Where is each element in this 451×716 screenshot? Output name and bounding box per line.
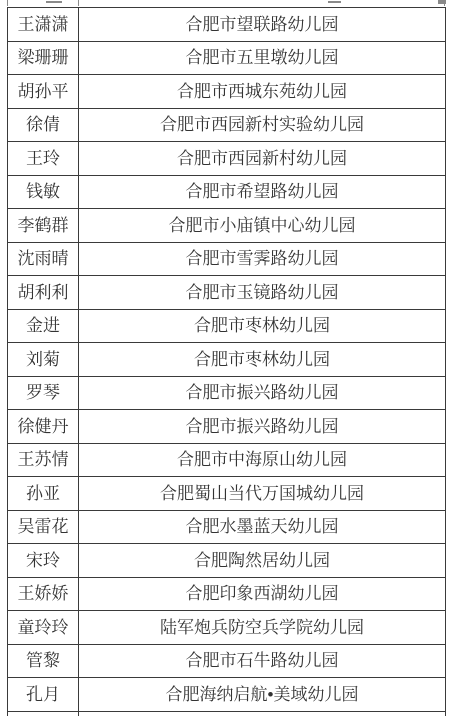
teacher-name-cell: 胡孙平 bbox=[8, 75, 79, 109]
table-row: 童玲玲陆军炮兵防空兵学院幼儿园 bbox=[8, 611, 446, 645]
teacher-name-cell: 罗琴 bbox=[8, 376, 79, 410]
table-row: 孔月合肥海纳启航•美域幼儿园 bbox=[8, 678, 446, 712]
kindergarten-cell: 合肥市西城东苑幼儿园 bbox=[79, 75, 446, 109]
kindergarten-cell: 合肥市西园新村幼儿园 bbox=[79, 142, 446, 176]
kindergarten-cell: 合肥市枣林幼儿园 bbox=[79, 343, 446, 377]
teacher-name-cell: 王潇潇 bbox=[8, 8, 79, 42]
kindergarten-cell: 合肥印象西湖幼儿园 bbox=[79, 577, 446, 611]
kindergarten-cell: 合肥陶然居幼儿园 bbox=[79, 544, 446, 578]
kindergarten-cell: 合肥市石牛路幼儿园 bbox=[79, 644, 446, 678]
clipped-text-fragment bbox=[46, 1, 62, 3]
kindergarten-cell: 合肥海纳启航•美域幼儿园 bbox=[79, 678, 446, 712]
teacher-name-cell: 宋玲 bbox=[8, 544, 79, 578]
table-row: 金进合肥市枣林幼儿园 bbox=[8, 309, 446, 343]
table-row: 胡孙平合肥市西城东苑幼儿园 bbox=[8, 75, 446, 109]
table-row: 吴雷花合肥水墨蓝天幼儿园 bbox=[8, 510, 446, 544]
clipped-row-divider-fragment bbox=[78, 0, 79, 6]
page: { "page": { "description": "Roster table… bbox=[0, 0, 451, 716]
table-row: 徐健丹合肥市振兴路幼儿园 bbox=[8, 410, 446, 444]
teacher-name-cell: 梁珊珊 bbox=[8, 41, 79, 75]
kindergarten-cell: 合肥市望联路幼儿园 bbox=[79, 8, 446, 42]
kindergarten-cell: 陆军炮兵防空兵学院幼儿园 bbox=[79, 611, 446, 645]
table-row: 王玲合肥市西园新村幼儿园 bbox=[8, 142, 446, 176]
teacher-name-cell: 钱敏 bbox=[8, 175, 79, 209]
table-row: 胡利利合肥市玉镜路幼儿园 bbox=[8, 276, 446, 310]
teacher-name-cell: 孙亚 bbox=[8, 477, 79, 511]
teacher-name-cell: 胡利利 bbox=[8, 276, 79, 310]
table-row: 梁珊珊合肥市五里墩幼儿园 bbox=[8, 41, 446, 75]
roster-table-body: 王潇潇合肥市望联路幼儿园梁珊珊合肥市五里墩幼儿园胡孙平合肥市西城东苑幼儿园徐倩合… bbox=[8, 8, 446, 716]
table-row: 刘菊合肥市枣林幼儿园 bbox=[8, 343, 446, 377]
teacher-name-cell: 金进 bbox=[8, 309, 79, 343]
table-row: 王潇潇合肥市望联路幼儿园 bbox=[8, 8, 446, 42]
teacher-name-cell bbox=[8, 711, 79, 716]
table-row: 徐倩合肥市西园新村实验幼儿园 bbox=[8, 108, 446, 142]
kindergarten-cell: 合肥市中海原山幼儿园 bbox=[79, 443, 446, 477]
kindergarten-cell: 合肥市希望路幼儿园 bbox=[79, 175, 446, 209]
table-row: 孙亚合肥蜀山当代万国城幼儿园 bbox=[8, 477, 446, 511]
clipped-bottom-row bbox=[8, 711, 446, 716]
table-row: 王苏情合肥市中海原山幼儿园 bbox=[8, 443, 446, 477]
kindergarten-cell: 合肥市五里墩幼儿园 bbox=[79, 41, 446, 75]
kindergarten-cell: 合肥市振兴路幼儿园 bbox=[79, 410, 446, 444]
table-row: 沈雨晴合肥市雪霁路幼儿园 bbox=[8, 242, 446, 276]
kindergarten-cell: 合肥市枣林幼儿园 bbox=[79, 309, 446, 343]
teacher-name-cell: 沈雨晴 bbox=[8, 242, 79, 276]
teacher-name-cell: 徐健丹 bbox=[8, 410, 79, 444]
kindergarten-cell: 合肥水墨蓝天幼儿园 bbox=[79, 510, 446, 544]
table-row: 罗琴合肥市振兴路幼儿园 bbox=[8, 376, 446, 410]
table-row: 王娇娇合肥印象西湖幼儿园 bbox=[8, 577, 446, 611]
kindergarten-cell: 合肥市雪霁路幼儿园 bbox=[79, 242, 446, 276]
clipped-text-fragment bbox=[438, 0, 446, 4]
kindergarten-cell: 合肥市振兴路幼儿园 bbox=[79, 376, 446, 410]
teacher-name-cell: 王苏情 bbox=[8, 443, 79, 477]
teacher-name-cell: 管黎 bbox=[8, 644, 79, 678]
kindergarten-cell bbox=[79, 711, 446, 716]
teacher-name-cell: 童玲玲 bbox=[8, 611, 79, 645]
teacher-name-cell: 孔月 bbox=[8, 678, 79, 712]
kindergarten-cell: 合肥蜀山当代万国城幼儿园 bbox=[79, 477, 446, 511]
table-row: 钱敏合肥市希望路幼儿园 bbox=[8, 175, 446, 209]
teacher-name-cell: 李鹤群 bbox=[8, 209, 79, 243]
kindergarten-cell: 合肥市西园新村实验幼儿园 bbox=[79, 108, 446, 142]
roster-table-container: 王潇潇合肥市望联路幼儿园梁珊珊合肥市五里墩幼儿园胡孙平合肥市西城东苑幼儿园徐倩合… bbox=[7, 7, 447, 716]
table-row: 宋玲合肥陶然居幼儿园 bbox=[8, 544, 446, 578]
teacher-name-cell: 王娇娇 bbox=[8, 577, 79, 611]
teacher-name-cell: 徐倩 bbox=[8, 108, 79, 142]
teacher-name-cell: 刘菊 bbox=[8, 343, 79, 377]
table-row: 管黎合肥市石牛路幼儿园 bbox=[8, 644, 446, 678]
teacher-name-cell: 吴雷花 bbox=[8, 510, 79, 544]
kindergarten-cell: 合肥市小庙镇中心幼儿园 bbox=[79, 209, 446, 243]
table-row: 李鹤群合肥市小庙镇中心幼儿园 bbox=[8, 209, 446, 243]
kindergarten-cell: 合肥市玉镜路幼儿园 bbox=[79, 276, 446, 310]
clipped-row-left-border-fragment bbox=[7, 0, 8, 6]
roster-table: 王潇潇合肥市望联路幼儿园梁珊珊合肥市五里墩幼儿园胡孙平合肥市西城东苑幼儿园徐倩合… bbox=[7, 7, 446, 716]
clipped-text-fragment bbox=[328, 1, 341, 3]
teacher-name-cell: 王玲 bbox=[8, 142, 79, 176]
